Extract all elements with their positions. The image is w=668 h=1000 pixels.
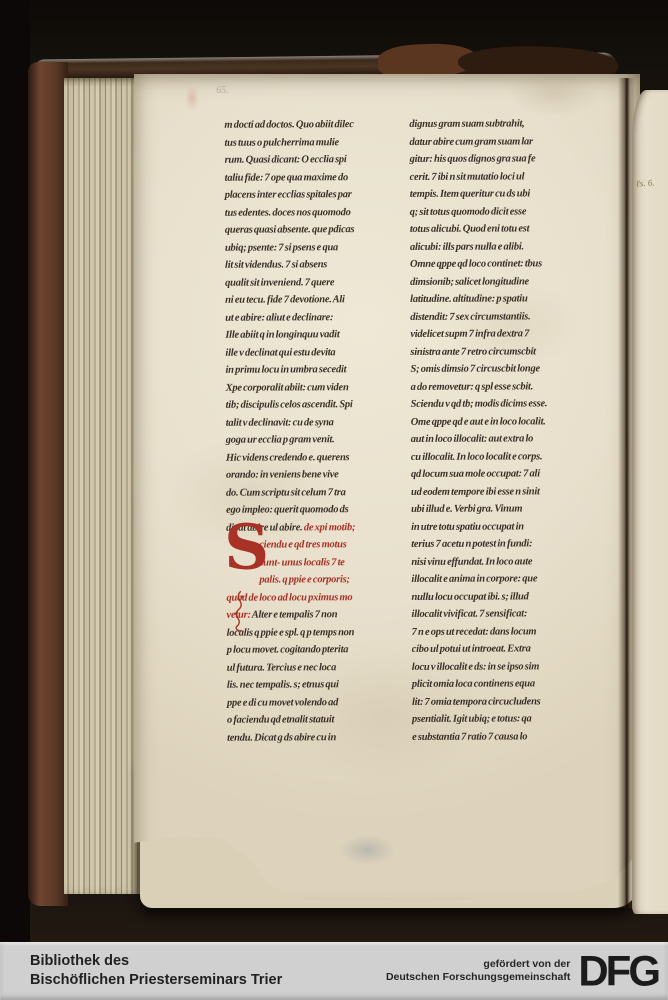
manuscript-line: terius 7 acetu n potest in fundi: <box>411 535 603 553</box>
manuscript-line: dimsionib; salicet longitudine <box>410 273 602 291</box>
manuscript-line: m docti ad doctos. Quo abiit dilec <box>224 116 404 134</box>
manuscript-line: tempis. Item queritur cu ds ubi <box>410 185 602 203</box>
manuscript-line: alicubi: ills pars nulla e alibi. <box>410 238 602 256</box>
manuscript-line: qd locum sua mole occupat: 7 ali <box>411 465 603 483</box>
margin-annotation: ℓs. 6. <box>636 177 655 188</box>
funding-line2: Deutschen Forschungsgemeinschaft <box>386 971 570 984</box>
manuscript-line: queras quasi absente. que pdicas <box>225 221 405 239</box>
manuscript-line: tus edentes. doces nos quomodo <box>225 203 405 221</box>
manuscript-line: ppe e di cu movet volendo ad <box>227 693 407 711</box>
manuscript-line: datur abire cum gram suam lar <box>409 133 601 151</box>
manuscript-line: e substantia 7 ratio 7 causa lo <box>412 728 604 746</box>
manuscript-line: psentialit. Igit ubiq; e totus: qa <box>412 710 604 728</box>
funding-credit: gefördert von der Deutschen Forschungsge… <box>386 958 570 984</box>
manuscript-line: qualit sit inveniend. 7 quere <box>225 273 405 291</box>
manuscript-line: localis q ppie e spl. q p temps non <box>227 623 407 641</box>
manuscript-line: dignus gram suam subtrahit, <box>409 115 601 133</box>
manuscript-line: 7 n e ops ut recedat: dans locum <box>412 623 604 641</box>
facing-page-sliver <box>632 90 668 914</box>
manuscript-line: videlicet supm 7 infra dextra 7 <box>410 325 602 343</box>
photo-backdrop-left-strip <box>0 0 30 1000</box>
manuscript-line: gitur: his quos dignos gra sua fe <box>410 150 602 168</box>
manuscript-line: Hic videns credendo e. querens <box>226 448 406 466</box>
manuscript-line: distendit: 7 sex circumstantiis. <box>410 308 602 326</box>
book-left-cover-spine <box>28 62 68 906</box>
manuscript-line: totus alicubi. Quod eni totu est <box>410 220 602 238</box>
manuscript-page-verso: 65. m docti ad doctos. Quo abiit dilectu… <box>134 74 640 906</box>
manuscript-line: orando: in veniens bene vive <box>226 466 406 484</box>
manuscript-line: o faciendu qd etnalit statuit <box>227 711 407 729</box>
stacked-page-edges <box>64 78 140 894</box>
manuscript-line: sinistra ante 7 retro circumscbit <box>410 343 602 361</box>
manuscript-textblock: 65. m docti ad doctos. Quo abiit dilectu… <box>132 73 642 907</box>
manuscript-line: Ome qppe qd e aut e in loco localit. <box>411 413 603 431</box>
manuscript-line: a do removetur: q spl esse scbit. <box>411 378 603 396</box>
manuscript-scan-viewport: 65. m docti ad doctos. Quo abiit dilectu… <box>0 0 668 1000</box>
library-name: Bibliothek des Bischöflichen Priestersem… <box>30 952 282 990</box>
manuscript-line: goga ur ecclia p gram venit. <box>226 431 406 449</box>
manuscript-line: Ille abiit q in longinquu vadit <box>225 326 405 344</box>
manuscript-line: ubi illud e. Verbi gra. Vinum <box>411 500 603 518</box>
manuscript-line: lis. nec tempalis. s; etnus qui <box>227 676 407 694</box>
manuscript-line: placens inter ecclias spitales par <box>225 186 405 204</box>
text-column-right: dignus gram suam subtrahit,datur abire c… <box>409 115 604 746</box>
manuscript-line: do. Cum scriptu sit celum 7 tra <box>226 483 406 501</box>
manuscript-line: illocalit vivificat. 7 sensificat: <box>412 605 604 623</box>
manuscript-line: in primu locu in umbra secedit <box>225 361 405 379</box>
folio-number: 65. <box>216 85 229 96</box>
manuscript-line: in utre totu spatiu occupat in <box>411 518 603 536</box>
manuscript-line: cibo ul potui ut introeat. Extra <box>412 640 604 658</box>
manuscript-line: quod de loco ad locu pximus mo <box>226 588 406 606</box>
library-name-line2: Bischöflichen Priesterseminars Trier <box>30 971 282 990</box>
library-credit-banner: Bibliothek des Bischöflichen Priestersem… <box>0 942 668 1000</box>
manuscript-line: locu v illocalit e ds: in se ipso sim <box>412 658 604 676</box>
manuscript-line: Xpe corporalit abiit: cum viden <box>226 378 406 396</box>
manuscript-line: cerit. 7 ibi n sit mutatio loci ul <box>410 168 602 186</box>
manuscript-line: Sciendu v qd tb; modis dicims esse. <box>411 395 603 413</box>
manuscript-line: lit: 7 omia tempora circucludens <box>412 693 604 711</box>
manuscript-line: q; sit totus quomodo dicit esse <box>410 203 602 221</box>
manuscript-line: taliu fide: 7 ope qua maxime do <box>225 168 405 186</box>
manuscript-line: rum. Quasi dicant: O ecclia spi <box>225 151 405 169</box>
manuscript-line: vetur: Alter e tempalis 7 non <box>227 606 407 624</box>
manuscript-line: ud eodem tempore ibi esse n sinit <box>411 483 603 501</box>
manuscript-line: ul futura. Tercius e nec loca <box>227 658 407 676</box>
manuscript-line: aut in loco illocalit: aut extra lo <box>411 430 603 448</box>
manuscript-line: tendu. Dicat g ds abire cu in <box>227 728 407 746</box>
funding-line1: gefördert von der <box>386 958 570 971</box>
manuscript-line: tib; discipulis celos ascendit. Spi <box>226 396 406 414</box>
funding-credit-block: gefördert von der Deutschen Forschungsge… <box>386 951 658 991</box>
manuscript-line: S; omis dimsio 7 circuscbit longe <box>410 360 602 378</box>
manuscript-line: plicit omia loca continens equa <box>412 675 604 693</box>
manuscript-line: cu illocalit. In loco localit e corps. <box>411 448 603 466</box>
manuscript-line: p locu movet. cogitando pterita <box>227 641 407 659</box>
rubricated-initial-s: S <box>224 523 269 573</box>
manuscript-line: ut e abire: aliut e declinare: <box>225 308 405 326</box>
manuscript-line: illocalit e anima in corpore: que <box>411 570 603 588</box>
dfg-logo: DFG <box>578 951 658 992</box>
manuscript-line: talit v declinavit: cu de syna <box>226 413 406 431</box>
manuscript-line: Omne qppe qd loco continet: tbus <box>410 255 602 273</box>
manuscript-line: ni eu tecu. fide 7 devotione. Ali <box>225 291 405 309</box>
library-name-line1: Bibliothek des <box>30 952 282 971</box>
manuscript-line: lit sit videndus. 7 si absens <box>225 256 405 274</box>
manuscript-line: latitudine. altitudine: p spatiu <box>410 290 602 308</box>
text-column-left: m docti ad doctos. Quo abiit dilectus tu… <box>224 116 407 747</box>
pen-flourish-icon <box>230 591 250 633</box>
manuscript-line: ubiq; psente: 7 si psens e qua <box>225 238 405 256</box>
manuscript-line: nisi vinu effundat. In loco aute <box>411 553 603 571</box>
manuscript-line: tus tuus o pulcherrima mulie <box>224 133 404 151</box>
manuscript-line: nullu locu occupat ibi. s; illud <box>411 588 603 606</box>
manuscript-line: ille v declinat qui estu devita <box>225 343 405 361</box>
